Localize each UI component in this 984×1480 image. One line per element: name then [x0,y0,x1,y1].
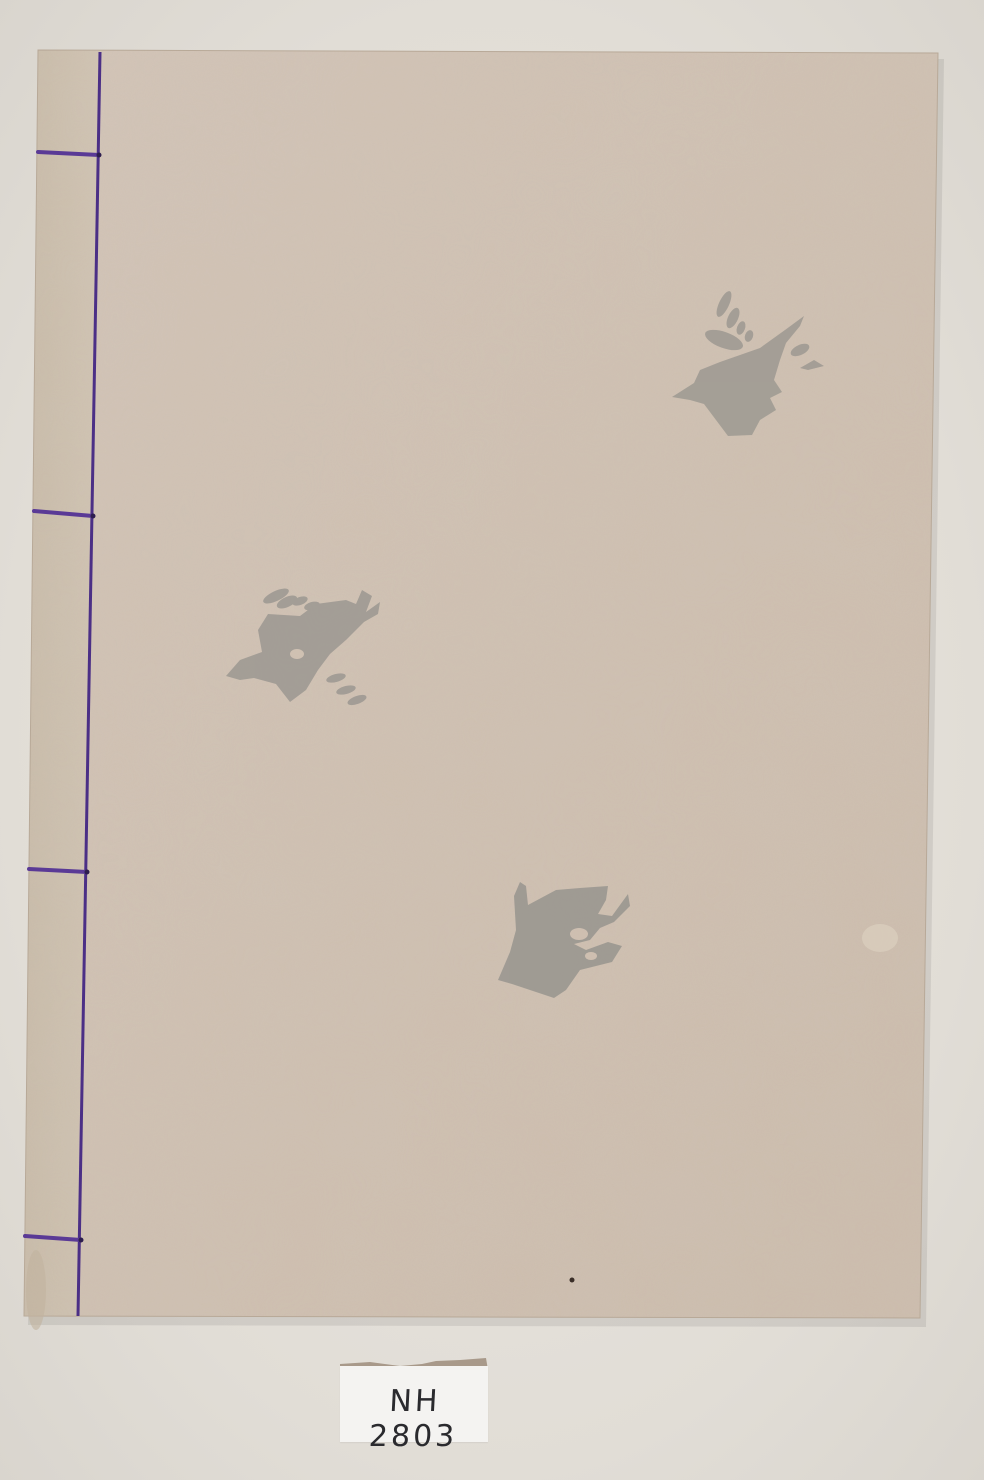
book-cover [0,0,984,1480]
accession-label: NH 2803 [340,1366,488,1442]
photo-scene: NH 2803 [0,0,984,1480]
accession-number: NH 2803 [338,1384,490,1454]
